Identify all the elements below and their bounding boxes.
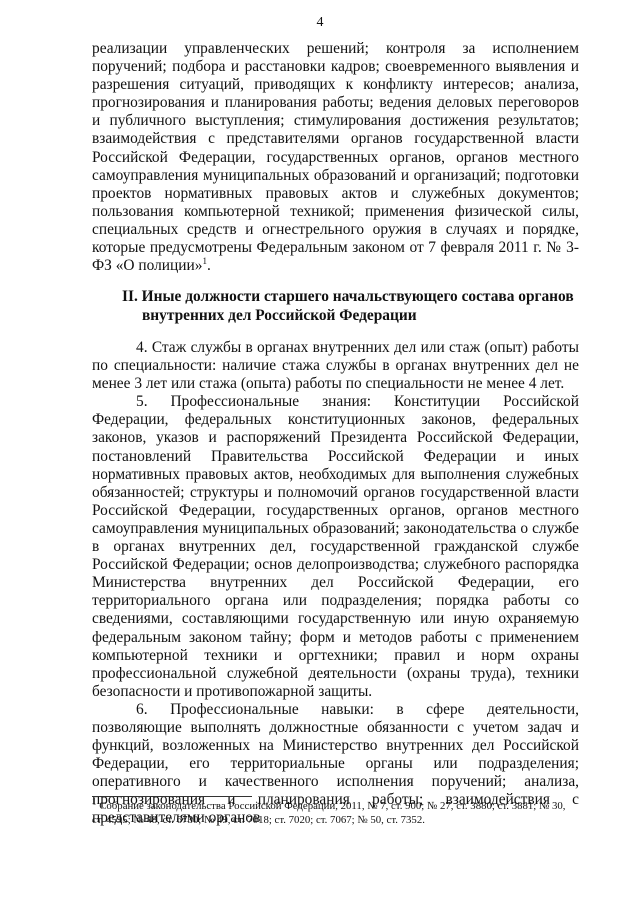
section-body: 4. Стаж службы в органах внутренних дел … xyxy=(92,339,579,828)
footnote-divider xyxy=(92,796,252,797)
continuation-end: . xyxy=(207,257,211,274)
section-heading: II. Иные должности старшего начальствующ… xyxy=(92,288,579,325)
continuation-text: реализации управленческих решений; контр… xyxy=(92,40,579,274)
continuation-paragraph: реализации управленческих решений; контр… xyxy=(92,40,579,275)
paragraph-5: 5. Профессиональные знания: Конституции … xyxy=(92,393,579,701)
footnote-text: Собрание законодательства Российской Фед… xyxy=(92,800,565,826)
document-body: реализации управленческих решений; контр… xyxy=(92,40,579,275)
paragraph-4: 4. Стаж службы в органах внутренних дел … xyxy=(92,339,579,393)
section-heading-block: II. Иные должности старшего начальствующ… xyxy=(92,288,579,325)
page-number: 4 xyxy=(0,15,640,31)
footnote: 1 Собрание законодательства Российской Ф… xyxy=(92,800,572,827)
